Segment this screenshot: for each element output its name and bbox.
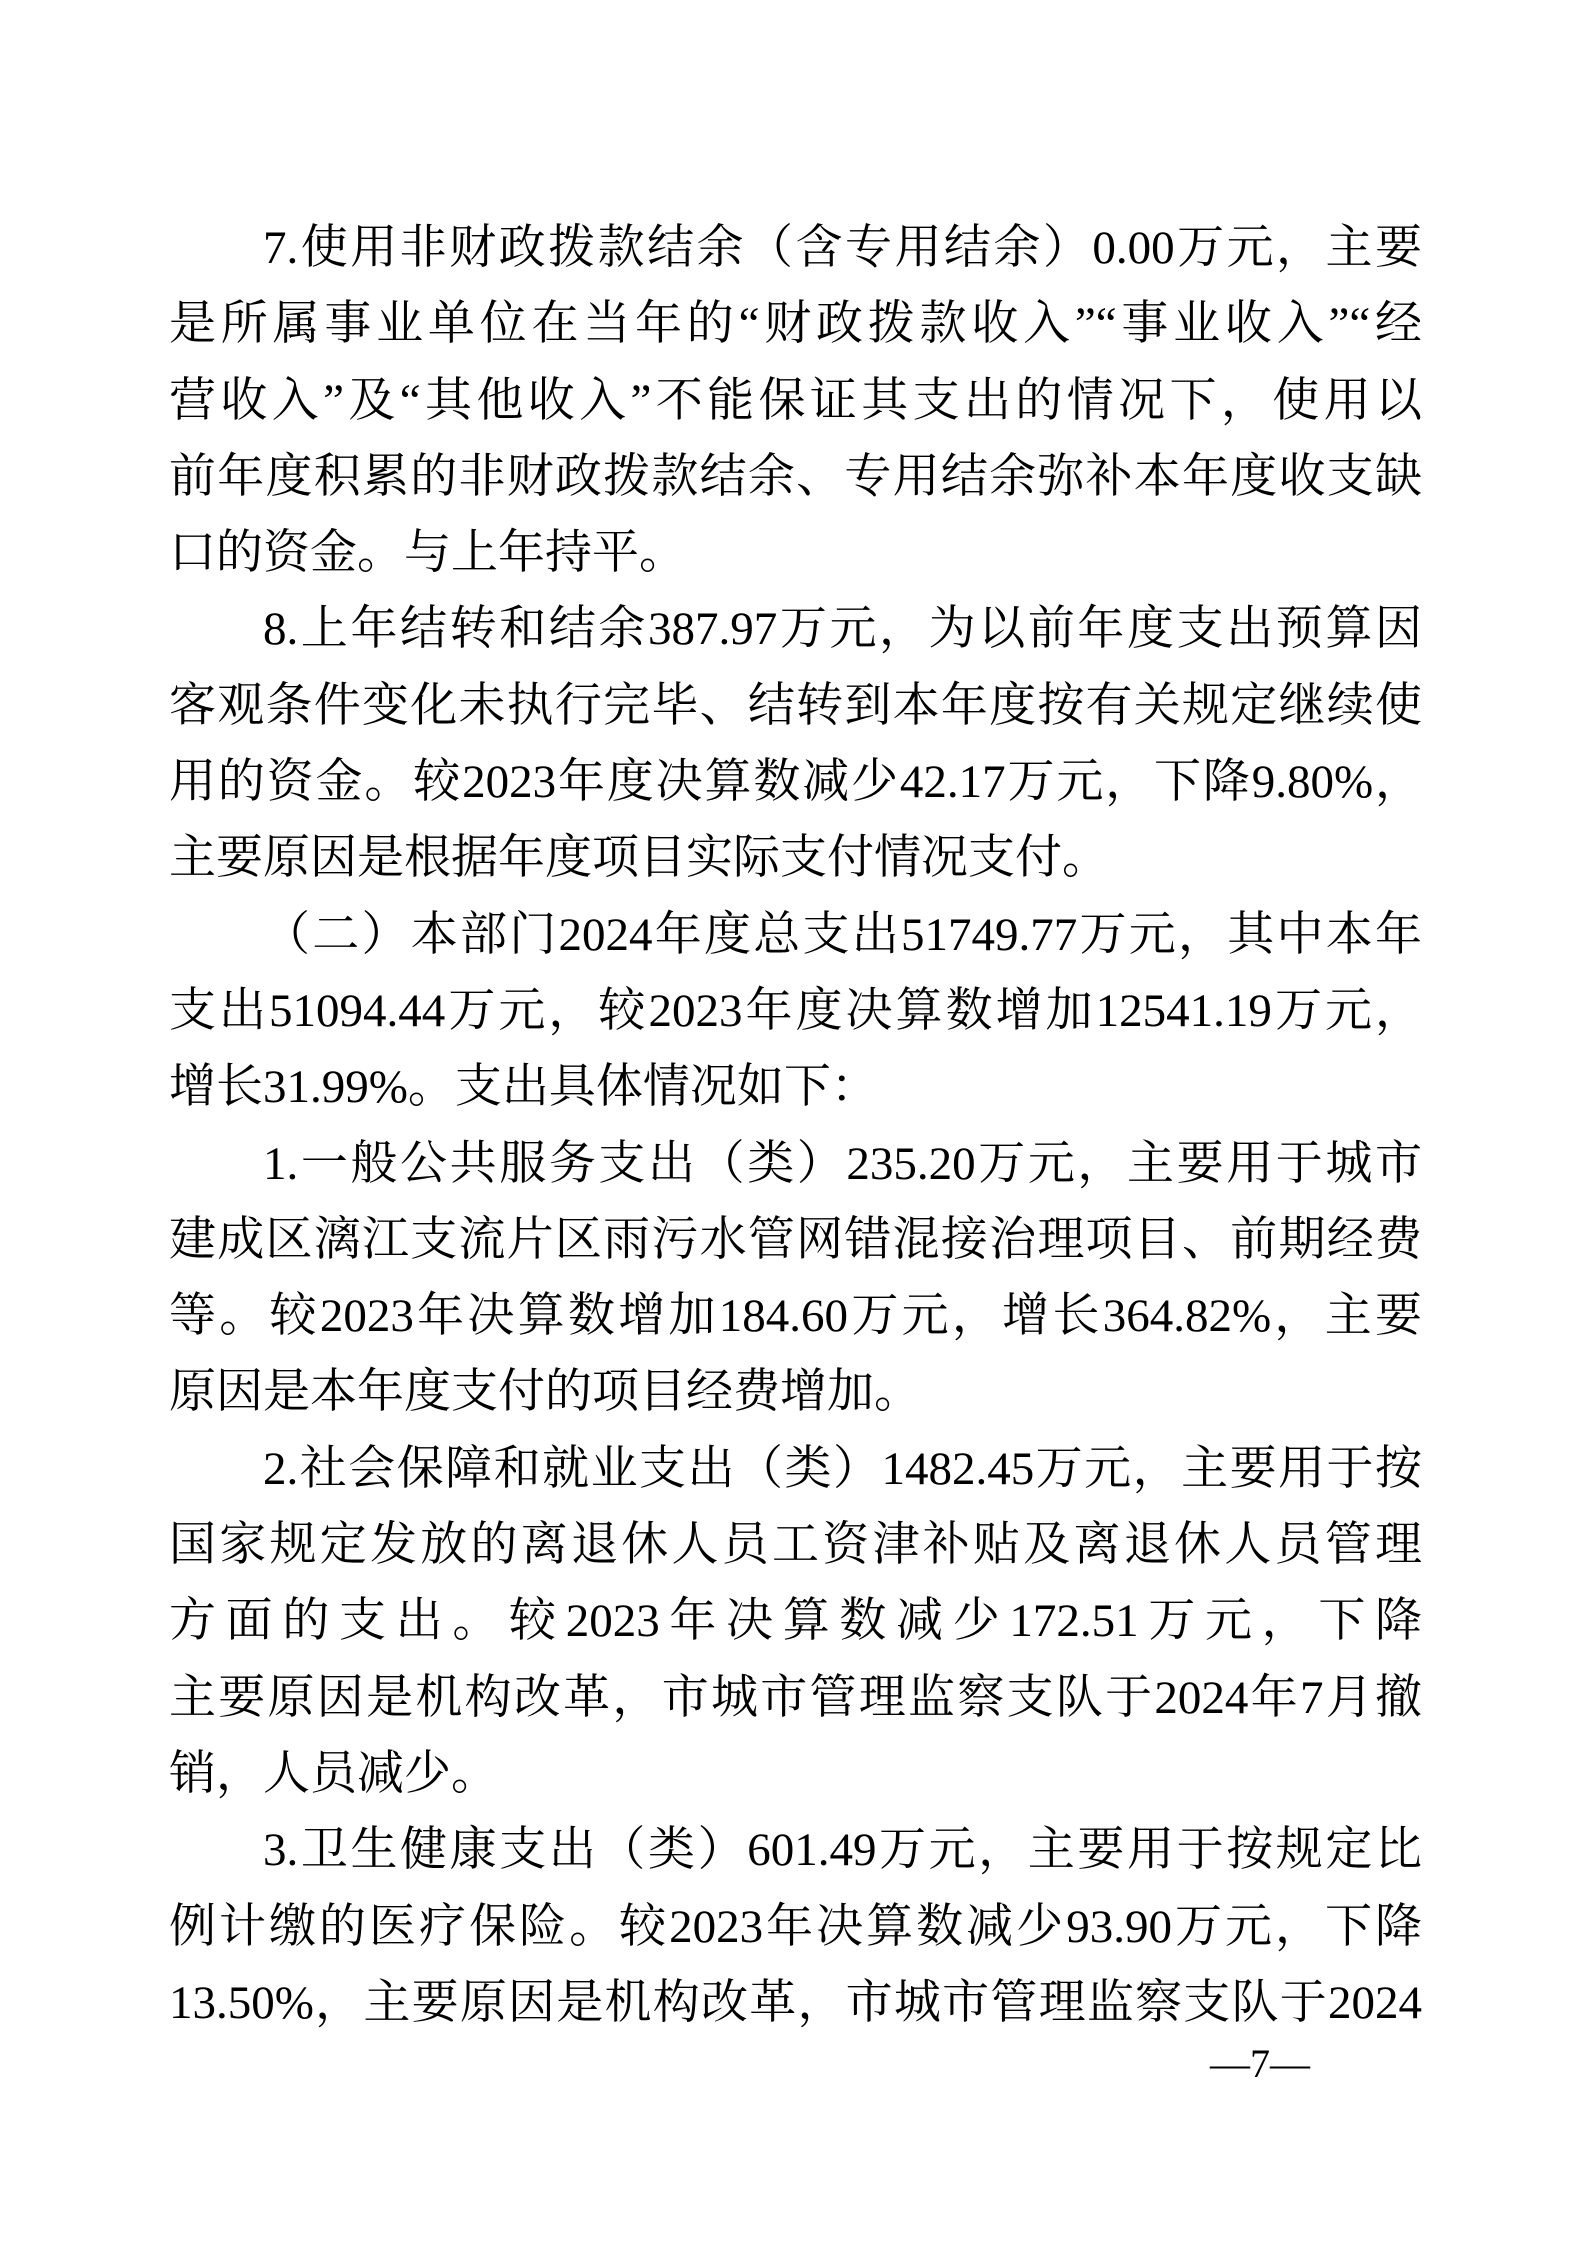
paragraph: 7.使用非财政拨款结余（含专用结余）0.00万元，主要是所属事业单位在当年的“财… [169,210,1422,591]
paragraph-line: 主要原因是机构改革，市城市管理监察支队于2024年7月撤 [169,1660,1422,1736]
paragraph-line: 前年度积累的非财政拨款结余、专用结余弥补本年度收支缺 [169,439,1422,515]
paragraph-line: 2.社会保障和就业支出（类）1482.45万元，主要用于按 [169,1431,1422,1507]
paragraph-line: 建成区漓江支流片区雨污水管网错混接治理项目、前期经费 [169,1202,1422,1278]
paragraph-line: 1.一般公共服务支出（类）235.20万元，主要用于城市 [169,1126,1422,1202]
paragraph-line: 8.上年结转和结余387.97万元，为以前年度支出预算因 [169,591,1422,667]
paragraph: 8.上年结转和结余387.97万元，为以前年度支出预算因客观条件变化未执行完毕、… [169,591,1422,896]
paragraph-line: 支出51094.44万元，较2023年度决算数增加12541.19万元， [169,973,1422,1049]
paragraph-line: 国家规定发放的离退休人员工资津补贴及离退休人员管理 [169,1507,1422,1583]
paragraph-line: 原因是本年度支付的项目经费增加。 [169,1354,1422,1430]
paragraph-line: 是所属事业单位在当年的“财政拨款收入”“事业收入”“经 [169,286,1422,362]
paragraph-line: 增长31.99%。支出具体情况如下： [169,1049,1422,1125]
paragraph-line: 营收入”及“其他收入”不能保证其支出的情况下，使用以 [169,363,1422,439]
paragraph: 3.卫生健康支出（类）601.49万元，主要用于按规定比例计缴的医疗保险。较20… [169,1812,1422,2041]
paragraph-line: 方面的支出。较2023年决算数减少172.51万元，下降10.42%， [169,1583,1422,1659]
paragraph-line: 7.使用非财政拨款结余（含专用结余）0.00万元，主要 [169,210,1422,286]
paragraph-line: 例计缴的医疗保险。较2023年决算数减少93.90万元，下降 [169,1889,1422,1965]
document-body: 7.使用非财政拨款结余（含专用结余）0.00万元，主要是所属事业单位在当年的“财… [169,210,1422,2041]
paragraph: （二）本部门2024年度总支出51749.77万元，其中本年支出51094.44… [169,897,1422,1126]
paragraph-line: 等。较2023年决算数增加184.60万元，增长364.82%，主要 [169,1278,1422,1354]
paragraph-line: 3.卫生健康支出（类）601.49万元，主要用于按规定比 [169,1812,1422,1888]
paragraph-line: 主要原因是根据年度项目实际支付情况支付。 [169,820,1422,896]
page-number: —7— [1210,2042,1310,2086]
paragraph: 2.社会保障和就业支出（类）1482.45万元，主要用于按国家规定发放的离退休人… [169,1431,1422,1812]
paragraph-line: 13.50%，主要原因是机构改革，市城市管理监察支队于2024 [169,1965,1422,2041]
paragraph-line: 用的资金。较2023年度决算数减少42.17万元，下降9.80%， [169,744,1422,820]
paragraph-line: （二）本部门2024年度总支出51749.77万元，其中本年 [169,897,1422,973]
paragraph: 1.一般公共服务支出（类）235.20万元，主要用于城市建成区漓江支流片区雨污水… [169,1126,1422,1431]
document-page: 7.使用非财政拨款结余（含专用结余）0.00万元，主要是所属事业单位在当年的“财… [0,0,1587,2245]
paragraph-line: 客观条件变化未执行完毕、结转到本年度按有关规定继续使 [169,668,1422,744]
paragraph-line: 口的资金。与上年持平。 [169,515,1422,591]
paragraph-line: 销，人员减少。 [169,1736,1422,1812]
